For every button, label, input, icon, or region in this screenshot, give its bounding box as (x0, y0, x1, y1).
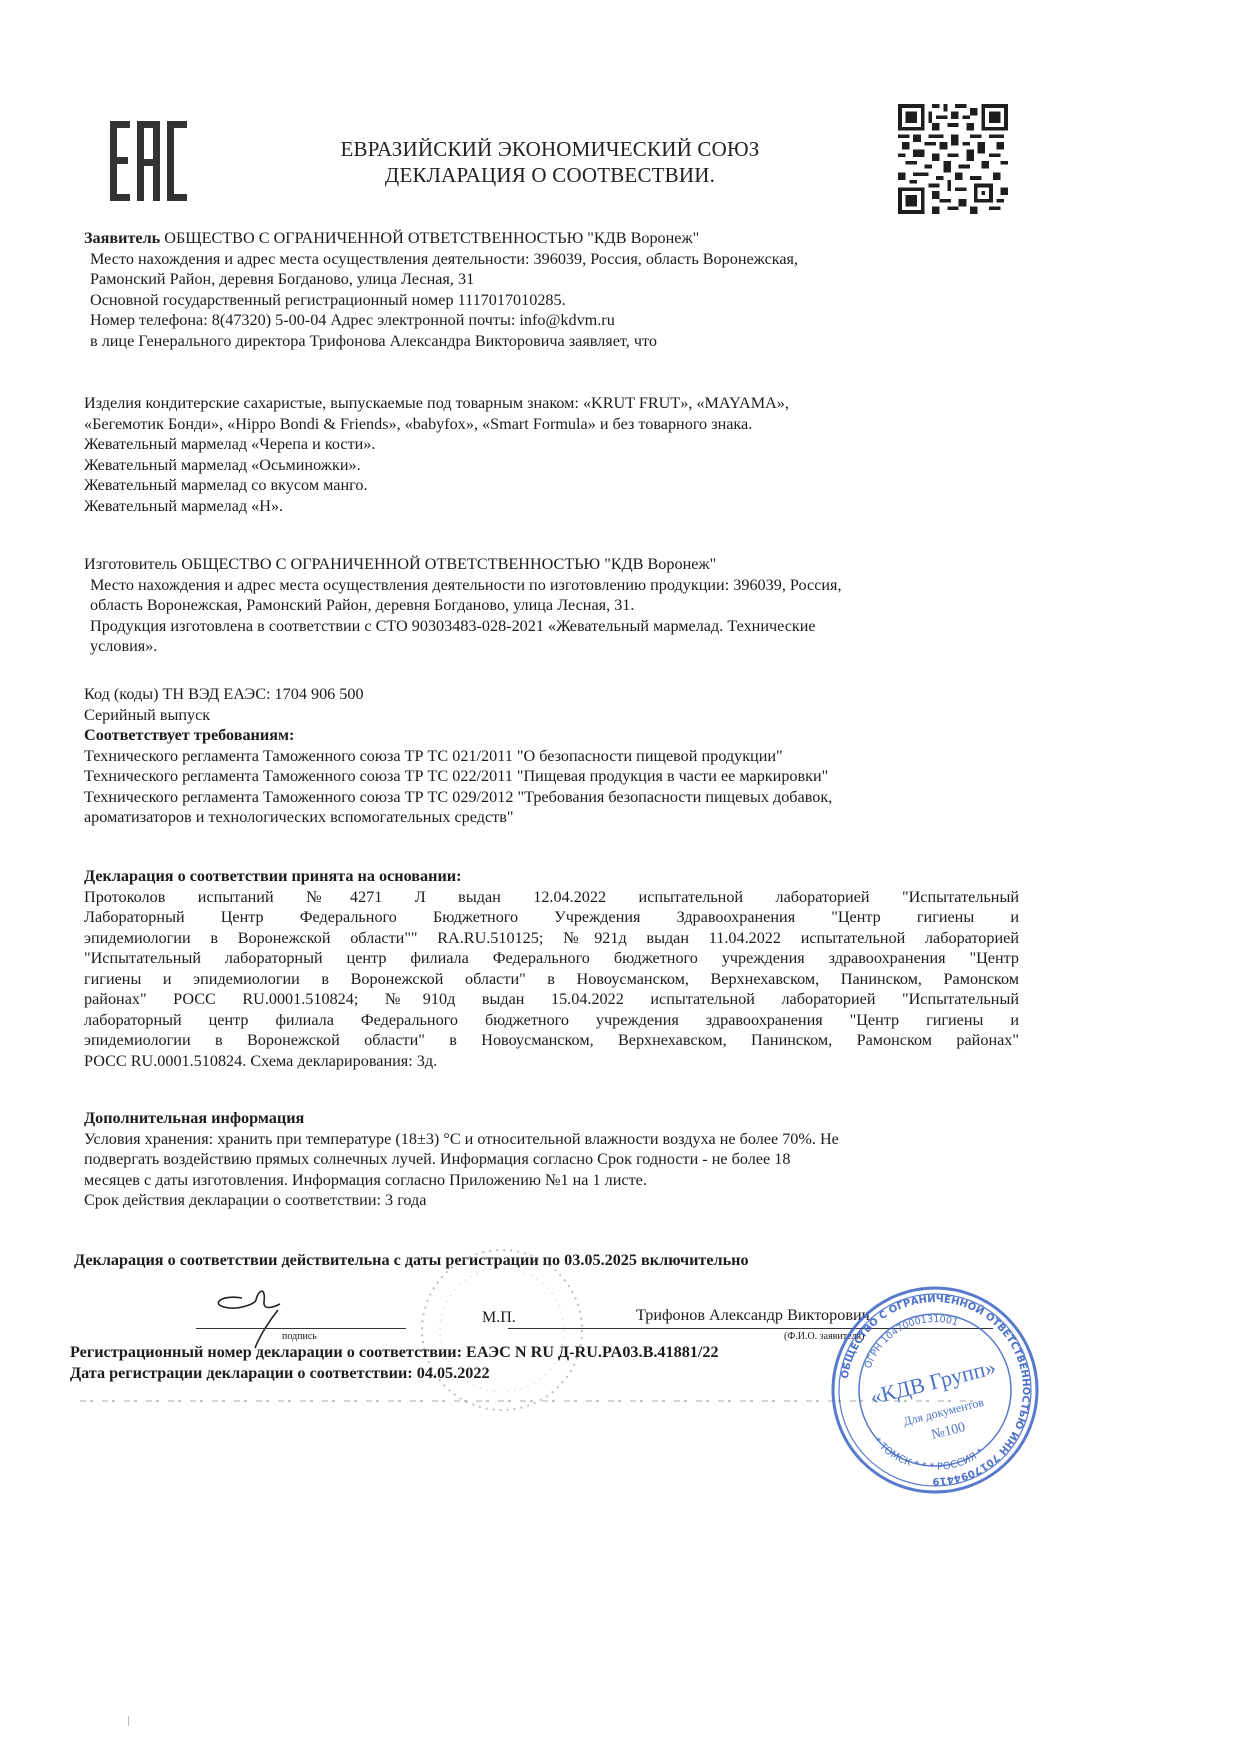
applicant-section: Заявитель ОБЩЕСТВО С ОГРАНИЧЕННОЙ ОТВЕТС… (84, 228, 1034, 351)
basis-line: гигиены и эпидемиологии в Воронежской об… (84, 969, 1019, 990)
manufacturer-standard: Продукция изготовлена в соответствии с С… (84, 616, 1034, 637)
svg-text:* ТОМСК * * * РОССИЯ *: * ТОМСК * * * РОССИЯ * (871, 1436, 986, 1473)
basis-line: эпидемиологии в Воронежской области"" RA… (84, 928, 1019, 949)
additional-info-line: подвергать воздействию прямых солнечных … (84, 1149, 1034, 1170)
requirement-item: ароматизаторов и технологических вспомог… (84, 807, 1034, 828)
requirement-item: Технического регламента Таможенного союз… (84, 746, 1034, 767)
requirements-heading: Соответствует требованиям: (84, 725, 1034, 746)
applicant-line: Заявитель ОБЩЕСТВО С ОГРАНИЧЕННОЙ ОТВЕТС… (84, 228, 1034, 249)
declaration-page: ЕВРАЗИЙСКИЙ ЭКОНОМИЧЕСКИЙ СОЮЗ ДЕКЛАРАЦИ… (0, 0, 1240, 1754)
applicant-representative: в лице Генерального директора Трифонова … (84, 331, 1034, 352)
codes-section: Код (коды) ТН ВЭД ЕАЭС: 1704 906 500 Сер… (84, 684, 1034, 828)
basis-line: эпидемиологии в Воронежской области" в Н… (84, 1030, 1019, 1051)
manufacturer-address-1: Место нахождения и адрес места осуществл… (84, 575, 1034, 596)
manufacturer-standard-cont: условия». (84, 636, 1034, 657)
basis-line: РОСС RU.0001.510824. Схема декларировани… (84, 1051, 1019, 1072)
svg-text:Для документов: Для документов (902, 1395, 986, 1429)
additional-info-section: Дополнительная информация Условия хранен… (84, 1108, 1034, 1211)
applicant-address-2: Рамонский Район, деревня Богданово, улиц… (84, 269, 1034, 290)
eac-logo-icon (108, 121, 188, 201)
additional-info-line: месяцев с даты изготовления. Информация … (84, 1170, 1034, 1191)
title-line-union: ЕВРАЗИЙСКИЙ ЭКОНОМИЧЕСКИЙ СОЮЗ (220, 136, 880, 162)
signature-line (196, 1328, 406, 1329)
basis-line: "Испытательный лабораторный центр филиал… (84, 948, 1019, 969)
document-title: ЕВРАЗИЙСКИЙ ЭКОНОМИЧЕСКИЙ СОЮЗ ДЕКЛАРАЦИ… (220, 136, 880, 188)
basis-line: Протоколов испытаний №4271 Л выдан 12.04… (84, 887, 1019, 908)
manufacturer-address-2: область Воронежская, Рамонский Район, де… (84, 595, 1034, 616)
company-stamp-icon: ОБЩЕСТВО С ОГРАНИЧЕННОЙ ОТВЕТСТВЕННОСТЬЮ… (830, 1285, 1040, 1495)
additional-info-line: Условия хранения: хранить при температур… (84, 1129, 1034, 1150)
validity-period: Срок действия декларации о соответствии:… (84, 1190, 1034, 1211)
seal-label: М.П. (482, 1309, 516, 1327)
scan-artifact-mark (128, 1716, 129, 1726)
product-line: Жевательный мармелад «Осьминожки». (84, 455, 1034, 476)
basis-line: лабораторный центр филиала Федерального … (84, 1010, 1019, 1031)
requirement-item: Технического регламента Таможенного союз… (84, 766, 1034, 787)
basis-line: Лабораторный Центр Федерального Бюджетно… (84, 907, 1019, 928)
basis-section: Декларация о соответствии принята на осн… (84, 866, 1019, 1071)
additional-info-heading: Дополнительная информация (84, 1108, 1034, 1129)
requirement-item: Технического регламента Таможенного союз… (84, 787, 1034, 808)
manufacturer-line: Изготовитель ОБЩЕСТВО С ОГРАНИЧЕННОЙ ОТВ… (84, 554, 1034, 575)
basis-heading: Декларация о соответствии принята на осн… (84, 866, 1019, 887)
applicant-contacts: Номер телефона: 8(47320) 5-00-04 Адрес э… (84, 310, 1034, 331)
manufacturer-section: Изготовитель ОБЩЕСТВО С ОГРАНИЧЕННОЙ ОТВ… (84, 554, 1034, 657)
products-section: Изделия кондитерские сахаристые, выпуска… (84, 393, 1034, 516)
signature-caption: подпись (282, 1331, 317, 1342)
applicant-name: ОБЩЕСТВО С ОГРАНИЧЕННОЙ ОТВЕТСТВЕННОСТЬЮ… (160, 229, 699, 247)
product-line: «Бегемотик Бонди», «Hippo Bondi & Friend… (84, 414, 1034, 435)
applicant-label: Заявитель (84, 229, 160, 247)
release-type: Серийный выпуск (84, 705, 1034, 726)
product-line: Жевательный мармелад со вкусом манго. (84, 475, 1034, 496)
applicant-address-1: Место нахождения и адрес места осуществл… (84, 249, 1034, 270)
title-line-declaration: ДЕКЛАРАЦИЯ О СООТВЕСТВИИ. (220, 162, 880, 188)
svg-text:№100: №100 (930, 1420, 967, 1443)
applicant-ogrn: Основной государственный регистрационный… (84, 290, 1034, 311)
product-line: Жевательный мармелад «Н». (84, 496, 1034, 517)
product-line: Изделия кондитерские сахаристые, выпуска… (84, 393, 1034, 414)
basis-line: районах" РОСС RU.0001.510824; №910д выда… (84, 989, 1019, 1010)
manufacturer-label: Изготовитель (84, 555, 177, 573)
manufacturer-name: ОБЩЕСТВО С ОГРАНИЧЕННОЙ ОТВЕТСТВЕННОСТЬЮ… (177, 555, 716, 573)
tn-ved-code: Код (коды) ТН ВЭД ЕАЭС: 1704 906 500 (84, 684, 1034, 705)
qr-code-icon (898, 104, 1008, 214)
product-line: Жевательный мармелад «Черепа и кости». (84, 434, 1034, 455)
